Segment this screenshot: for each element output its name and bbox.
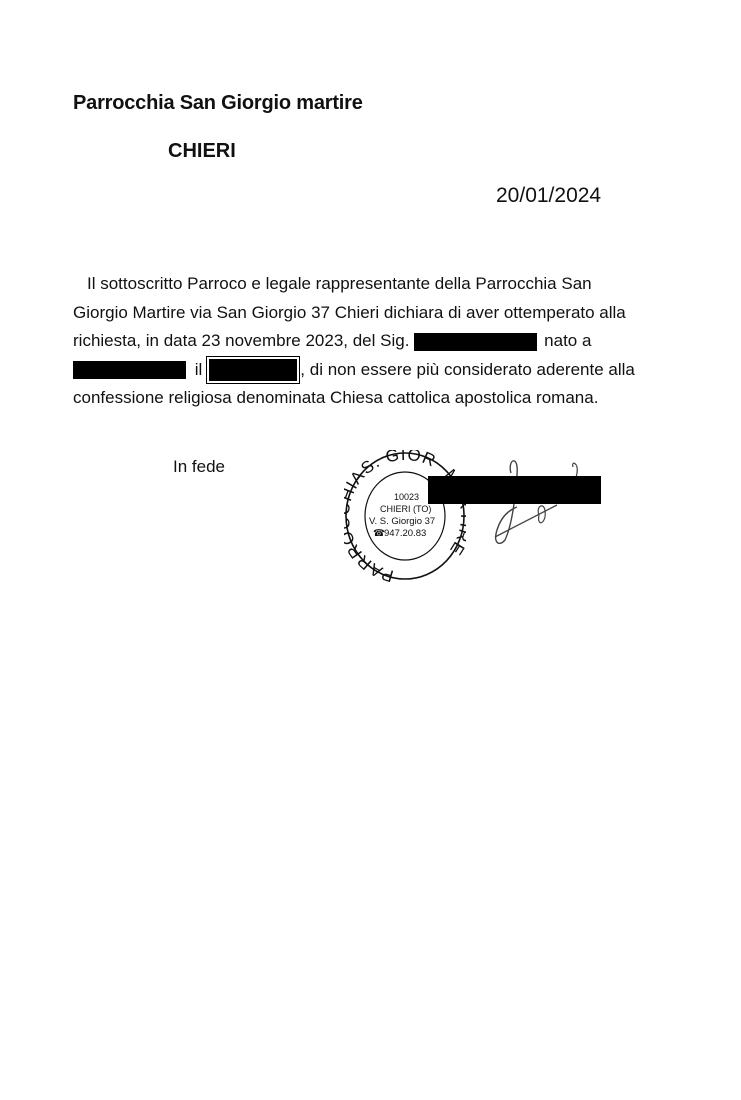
- body-line-3-after: nato a: [544, 331, 591, 350]
- parish-name: Parrocchia San Giorgio martire: [73, 92, 363, 115]
- body-line-4-after: , di non essere più considerato aderente…: [300, 360, 635, 379]
- body-line-1: Il sottoscritto Parroco e legale rappres…: [73, 270, 683, 299]
- document-date: 20/01/2024: [496, 184, 601, 208]
- stamp-city: CHIERI (TO): [380, 504, 431, 514]
- redacted-birth-date: [209, 359, 297, 381]
- body-line-4: il, di non essere più considerato aderen…: [73, 356, 683, 385]
- stamp-phone: 947.20.83: [384, 528, 426, 539]
- body-line-3-before: richiesta, in data 23 novembre 2023, del…: [73, 331, 409, 350]
- closing-in-fede: In fede: [173, 457, 225, 477]
- svg-text:S. GIOR: S. GIOR: [357, 450, 439, 478]
- body-line-5: confessione religiosa denominata Chiesa …: [73, 384, 683, 413]
- redacted-birth-place: [73, 361, 186, 379]
- stamp-outer-top: S. GIOR: [357, 450, 439, 478]
- stamp-address: V. S. Giorgio 37: [369, 516, 435, 527]
- redacted-signatory-name: [428, 476, 601, 504]
- parish-stamp: PARROCCHIA S. GIOR MARTIRE 10023 CHIERI …: [344, 450, 466, 582]
- redacted-birth-date-box: [206, 356, 300, 384]
- handwritten-signature: [487, 455, 597, 555]
- body-line-4-mid: il: [195, 360, 203, 379]
- body-line-2: Giorgio Martire via San Giorgio 37 Chier…: [73, 299, 683, 328]
- redacted-person-name: [414, 333, 537, 351]
- parish-city: CHIERI: [168, 140, 236, 163]
- body-line-3: richiesta, in data 23 novembre 2023, del…: [73, 327, 683, 356]
- declaration-body: Il sottoscritto Parroco e legale rappres…: [73, 270, 683, 413]
- stamp-postal: 10023: [394, 492, 419, 502]
